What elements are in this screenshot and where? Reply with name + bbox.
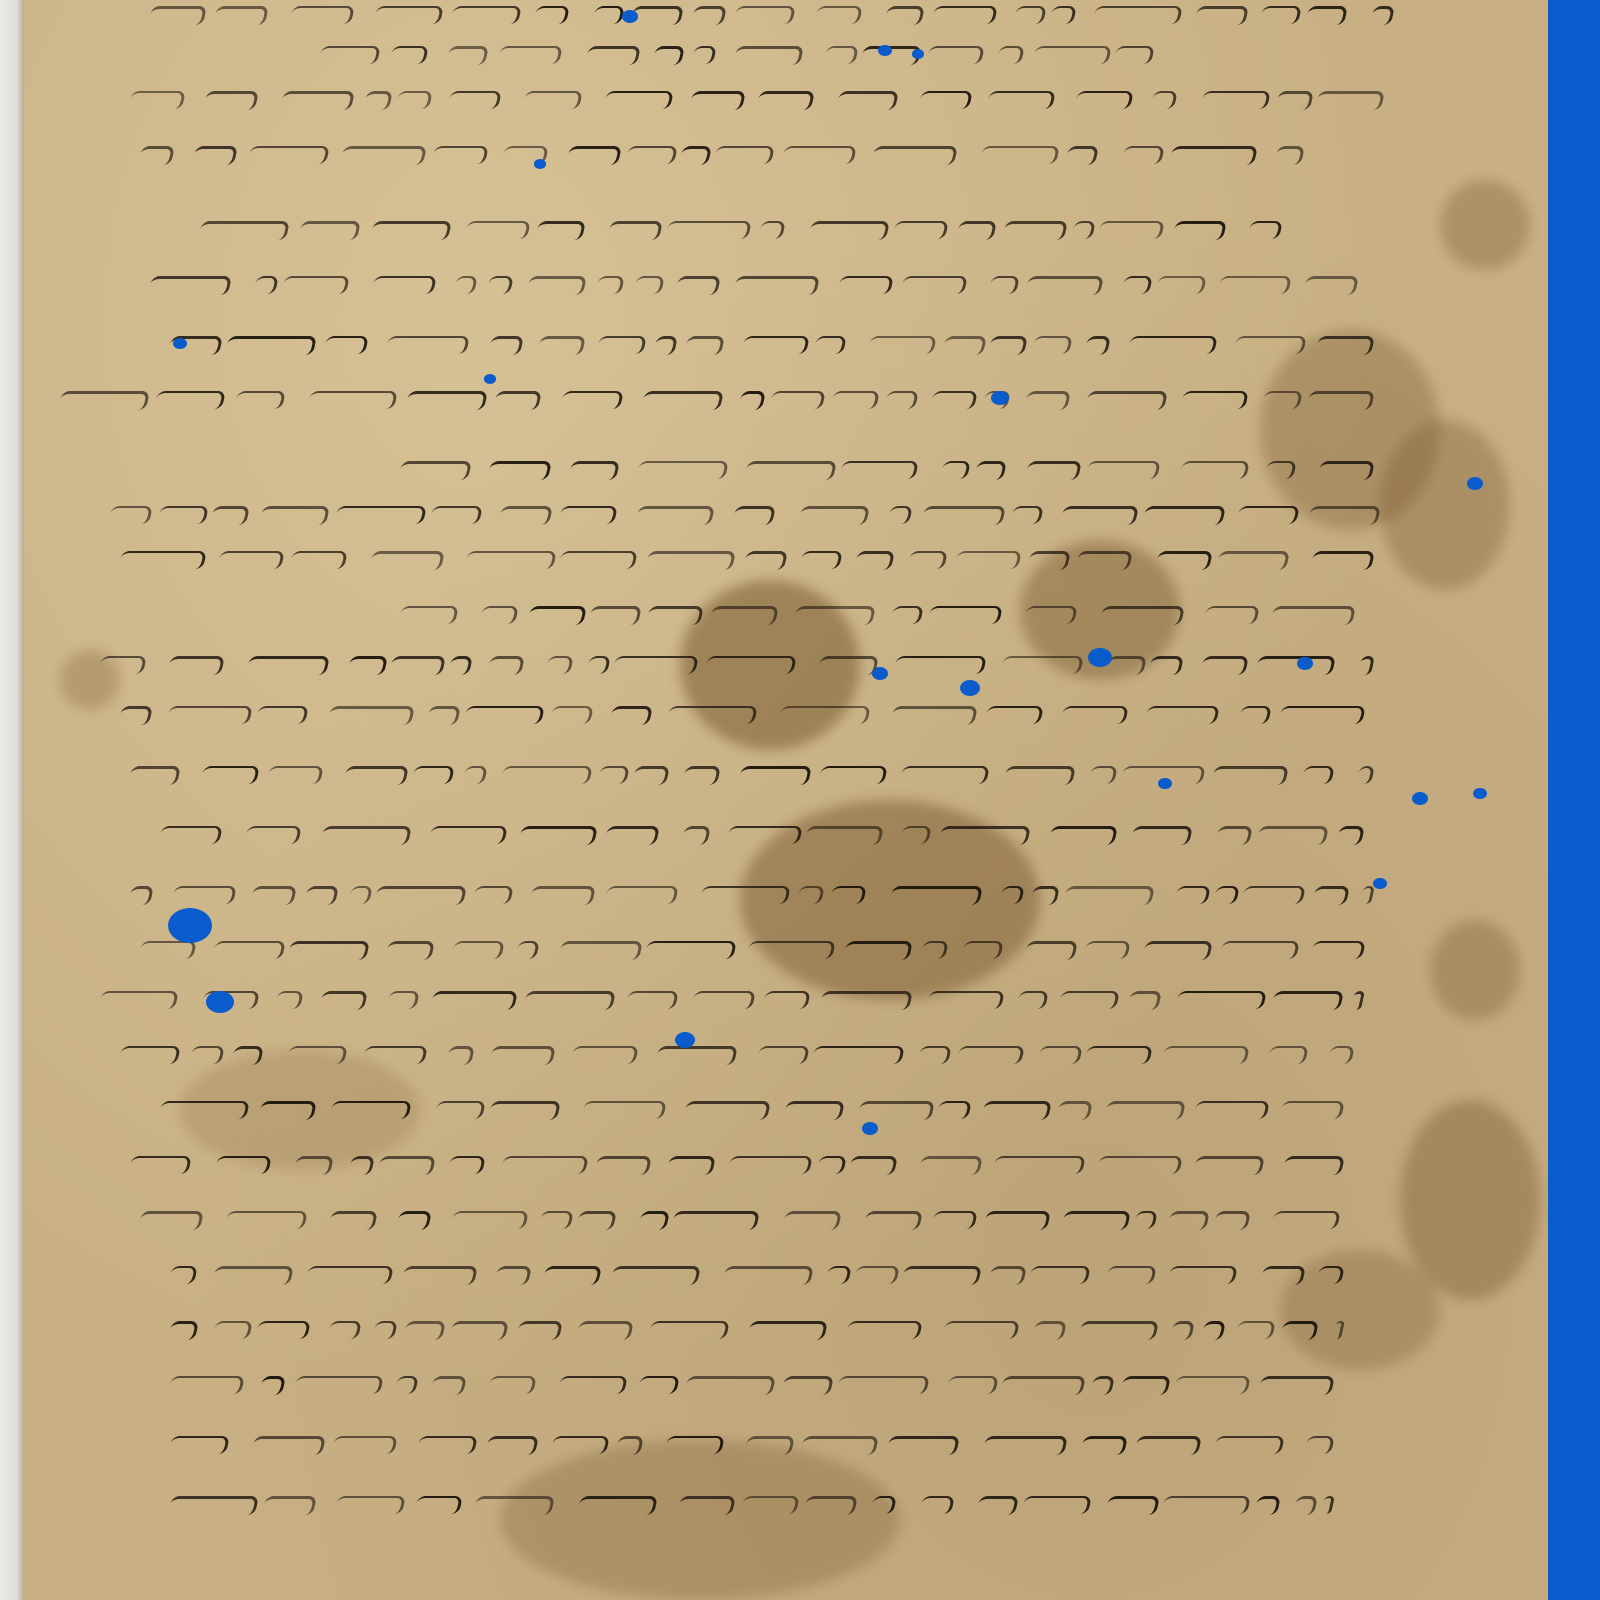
ink-word (592, 6, 625, 24)
ink-word (200, 766, 260, 784)
ink-word (758, 221, 786, 239)
ink-word (1155, 551, 1213, 570)
ink-word (395, 91, 433, 109)
ink-word (518, 826, 598, 845)
ink-word (961, 941, 1004, 959)
ink-word (1303, 276, 1359, 295)
ink-word (450, 6, 522, 24)
ink-word (128, 91, 186, 109)
ink-word (983, 1211, 1051, 1230)
ink-word (818, 766, 888, 784)
ink-word (919, 1496, 955, 1514)
ink-word (747, 1321, 828, 1340)
ink-word (289, 6, 355, 24)
ink-word (746, 941, 836, 959)
ink-word (1056, 1101, 1093, 1120)
ink-word (741, 336, 810, 354)
ink-word (839, 461, 919, 479)
ink-word (1021, 1496, 1092, 1514)
ink-word (954, 551, 1022, 569)
ink-word (213, 6, 269, 25)
ink-word (522, 91, 583, 109)
blue-ink-speck (168, 908, 212, 943)
blue-ink-speck (1158, 778, 1172, 789)
ink-word (886, 1436, 960, 1455)
ink-word (1084, 336, 1111, 355)
ink-word (343, 766, 409, 785)
ink-word (416, 1436, 478, 1454)
ink-word (1058, 991, 1120, 1009)
ink-word (974, 461, 1007, 480)
ink-word (168, 1266, 198, 1284)
ink-word (1175, 991, 1267, 1009)
ink-word (488, 336, 524, 355)
ink-word (854, 551, 895, 570)
ink-word (632, 766, 670, 785)
ink-word (1271, 1211, 1341, 1229)
ink-word (1130, 826, 1193, 845)
ink-word (1099, 606, 1185, 625)
ink-word (814, 6, 863, 24)
ink-word (128, 1156, 192, 1174)
ink-word (671, 1211, 760, 1230)
ink-word (473, 1496, 555, 1515)
ink-word (157, 506, 209, 524)
handwritten-line (150, 0, 1390, 26)
ink-word (1310, 941, 1366, 959)
ink-word (148, 276, 232, 295)
ink-word (907, 551, 948, 569)
ink-word (1327, 1046, 1355, 1064)
ink-word (1144, 706, 1220, 724)
ink-word (920, 941, 949, 959)
ink-word (984, 706, 1044, 724)
ink-word (595, 276, 625, 294)
ink-word (192, 146, 238, 165)
ink-word (733, 276, 820, 295)
ink-word (493, 391, 542, 410)
ink-word (398, 606, 459, 624)
ink-word (1200, 656, 1249, 675)
handwritten-line (170, 1315, 1340, 1341)
blue-ink-speck (1412, 792, 1428, 805)
ink-word (1150, 91, 1178, 109)
ink-word (1215, 826, 1253, 845)
ink-word (1261, 391, 1303, 409)
ink-word (451, 941, 505, 959)
ink-word (577, 1496, 658, 1515)
ink-word (527, 606, 587, 625)
ink-word (566, 146, 622, 165)
ink-word (1121, 276, 1153, 294)
ink-word (231, 1046, 264, 1065)
ink-word (448, 656, 473, 675)
ink-word (401, 1266, 478, 1285)
ink-word (1000, 656, 1084, 674)
ink-word (1358, 656, 1375, 675)
ink-word (1104, 1101, 1186, 1120)
ink-word (918, 1156, 983, 1175)
ink-word (691, 46, 717, 64)
handwritten-line (200, 215, 1300, 241)
ink-word (138, 1211, 204, 1230)
handwritten-line (150, 270, 1360, 296)
ink-word (168, 1321, 199, 1340)
ink-word (1360, 886, 1375, 904)
ink-word (1370, 6, 1395, 25)
ink-word (645, 551, 736, 570)
ink-word (348, 1156, 375, 1175)
ink-word (158, 826, 223, 844)
ink-word (1092, 6, 1183, 24)
ink-word (1213, 1211, 1251, 1230)
ink-word (992, 1156, 1086, 1174)
handwritten-line (170, 1490, 1330, 1516)
ink-word (829, 886, 867, 904)
ink-word (331, 1436, 398, 1454)
ink-word (1312, 886, 1350, 905)
ink-word (128, 766, 181, 785)
ink-word (816, 1156, 847, 1174)
ink-word (1000, 1376, 1086, 1395)
ink-word (956, 221, 997, 240)
ink-word (266, 766, 324, 784)
ink-word (638, 1211, 670, 1230)
ink-word (845, 1321, 923, 1339)
ink-word (386, 991, 420, 1009)
ink-word (168, 1436, 230, 1454)
ink-word (431, 146, 489, 164)
ink-word (538, 1211, 574, 1229)
ink-word (479, 606, 519, 624)
ink-word (247, 146, 330, 164)
ink-word (853, 1266, 900, 1284)
ink-word (1194, 6, 1249, 25)
ink-word (781, 146, 857, 164)
ink-word (1013, 6, 1047, 24)
ink-word (447, 1156, 486, 1174)
ink-word (1170, 1321, 1195, 1340)
ink-word (769, 391, 826, 409)
ink-word (1071, 221, 1096, 239)
ink-word (429, 506, 483, 524)
ink-word (1304, 1436, 1335, 1454)
ink-word (956, 1046, 1025, 1064)
ink-word (675, 276, 721, 295)
ink-word (1310, 551, 1375, 570)
ink-word (545, 656, 574, 674)
ink-word (1002, 221, 1068, 240)
handwritten-line (170, 1260, 1340, 1286)
ink-word (1235, 1321, 1276, 1339)
ink-word (369, 551, 445, 570)
ink-word (682, 766, 721, 785)
ink-word (166, 706, 253, 724)
ink-word (1161, 1496, 1251, 1514)
ink-word (1080, 1436, 1128, 1455)
ink-word (189, 1046, 225, 1064)
ink-word (329, 1101, 412, 1119)
handwritten-line (400, 455, 1370, 481)
ink-word (1173, 1376, 1251, 1394)
ink-word (576, 1211, 617, 1230)
water-stain (500, 1440, 900, 1600)
ink-word (168, 1496, 259, 1515)
ink-word (604, 886, 679, 904)
ink-word (262, 1496, 317, 1515)
ink-word (793, 606, 876, 625)
ink-word (1097, 221, 1165, 239)
handwritten-line (170, 330, 1370, 356)
handwritten-line (320, 40, 1150, 66)
ink-word (398, 461, 472, 480)
ink-word (1259, 6, 1302, 24)
ink-word (370, 221, 452, 240)
ink-word (930, 391, 978, 409)
ink-word (625, 146, 678, 164)
ink-word (1024, 941, 1078, 960)
ink-word (836, 1376, 930, 1394)
ink-word (281, 276, 350, 294)
ink-word (664, 1436, 725, 1454)
ink-word (405, 391, 488, 410)
ink-word (867, 336, 937, 354)
ink-word (167, 656, 225, 675)
ink-word (488, 1101, 561, 1120)
ink-word (1010, 506, 1044, 524)
ink-word (823, 46, 859, 64)
ink-word (1193, 1156, 1265, 1175)
ink-word (744, 1436, 795, 1455)
ink-word (588, 606, 642, 625)
ink-word (489, 1046, 556, 1065)
ink-word (385, 336, 470, 354)
ink-word (665, 221, 752, 239)
ink-word (377, 1156, 436, 1175)
handwritten-line (110, 500, 1380, 526)
ink-word (1260, 1266, 1306, 1285)
ink-word (1275, 91, 1314, 110)
blue-ink-speck (912, 49, 924, 59)
ink-word (1233, 336, 1307, 354)
ink-word (901, 1266, 982, 1285)
ink-word (373, 6, 444, 24)
ink-word (830, 391, 880, 409)
ink-word (931, 1211, 978, 1229)
ink-word (259, 506, 330, 525)
ink-word (449, 1321, 509, 1340)
ink-word (462, 766, 488, 784)
ink-word (871, 146, 958, 165)
ink-word (434, 1101, 486, 1119)
ink-word (1280, 1321, 1319, 1340)
ink-word (1030, 886, 1060, 905)
ink-word (976, 1496, 1019, 1515)
ink-word (428, 826, 508, 844)
blue-ink-speck (1088, 648, 1112, 667)
ink-word (1255, 656, 1336, 675)
ink-word (699, 886, 791, 904)
water-stain (1380, 420, 1510, 590)
ink-word (430, 1376, 467, 1395)
manuscript-photo (0, 0, 1600, 1600)
ink-word (646, 606, 704, 625)
ink-word (347, 656, 388, 675)
ink-word (250, 886, 297, 905)
ink-word (560, 391, 624, 409)
ink-word (168, 1376, 245, 1394)
handwritten-line (130, 880, 1370, 906)
ink-word (946, 1376, 999, 1394)
ink-word (225, 336, 317, 355)
ink-word (389, 656, 446, 675)
ink-word (799, 551, 843, 569)
ink-word (892, 221, 949, 239)
ink-word (1078, 1321, 1159, 1340)
ink-word (1027, 551, 1071, 570)
ink-word (1048, 826, 1118, 845)
ink-word (1105, 1266, 1157, 1284)
ink-word (446, 1046, 475, 1065)
ink-word (1134, 1436, 1202, 1455)
ink-word (857, 1101, 935, 1120)
ink-word (1201, 1321, 1226, 1340)
ink-word (210, 506, 250, 525)
ink-word (515, 941, 540, 959)
ink-word (224, 1211, 308, 1229)
ink-word (1336, 826, 1365, 845)
ink-word (1113, 46, 1155, 64)
ink-word (568, 461, 620, 480)
ink-word (1238, 706, 1272, 724)
ink-word (108, 506, 153, 524)
ink-word (926, 991, 1005, 1009)
ink-word (558, 551, 638, 569)
ink-word (118, 551, 207, 569)
ink-word (1301, 766, 1335, 784)
ink-word (446, 46, 489, 65)
ink-word (609, 706, 653, 725)
ink-word (612, 656, 699, 674)
ink-word (899, 826, 932, 844)
ink-word (1241, 886, 1306, 904)
ink-word (988, 276, 1020, 294)
ink-word (981, 1101, 1052, 1120)
ink-word (1148, 656, 1184, 675)
ink-word (414, 1496, 463, 1514)
ink-word (604, 826, 660, 845)
ink-word (328, 1211, 378, 1230)
ink-word (1090, 1376, 1115, 1395)
ink-word (1264, 461, 1297, 479)
ink-word (251, 1436, 326, 1455)
ink-word (1065, 146, 1099, 165)
ink-word (1088, 766, 1118, 784)
ink-word (999, 886, 1025, 904)
ink-word (684, 1376, 776, 1395)
ink-word (691, 991, 756, 1009)
handwritten-line (160, 820, 1370, 846)
ink-word (1271, 991, 1344, 1010)
ink-word (1278, 706, 1366, 724)
ink-word (679, 146, 712, 165)
ink-word (1172, 221, 1227, 240)
ink-word (738, 391, 766, 410)
ink-word (644, 941, 737, 959)
ink-word (931, 6, 998, 24)
ink-word (1016, 991, 1049, 1009)
ink-word (576, 1321, 634, 1340)
ink-word (982, 1436, 1068, 1455)
ink-word (148, 6, 207, 25)
blue-ink-speck (1297, 657, 1313, 670)
blue-ink-speck (872, 667, 888, 680)
ink-word (1031, 336, 1073, 354)
ink-word (1142, 941, 1213, 960)
ink-word (884, 391, 919, 409)
ink-word (348, 886, 373, 904)
ink-word (1274, 146, 1305, 165)
ink-word (1180, 391, 1249, 409)
handwritten-line (170, 1430, 1330, 1456)
ink-word (403, 1321, 446, 1340)
ink-word (1032, 1321, 1067, 1340)
ink-word (783, 1101, 845, 1120)
ink-word (1213, 1436, 1285, 1454)
ink-word (813, 336, 847, 354)
ink-word (733, 46, 804, 65)
ink-word (713, 146, 775, 164)
water-stain (1440, 180, 1530, 270)
ink-word (808, 221, 890, 240)
ink-word (1270, 606, 1356, 625)
ink-word (385, 941, 435, 960)
ink-word (653, 336, 678, 355)
ink-word (1120, 1376, 1171, 1395)
handwritten-line (130, 85, 1380, 111)
ink-word (327, 1321, 362, 1339)
ink-word (1142, 506, 1226, 525)
parchment-page (24, 0, 1550, 1600)
ink-word (550, 1436, 610, 1454)
handwritten-line (120, 1040, 1350, 1066)
ink-word (996, 46, 1025, 64)
ink-word (372, 1321, 398, 1339)
blue-ink-speck (534, 159, 546, 169)
ink-word (740, 1496, 800, 1514)
ink-word (396, 1211, 432, 1230)
ink-word (1193, 1101, 1270, 1119)
ink-word (497, 46, 563, 64)
ink-word (533, 6, 570, 24)
ink-word (389, 46, 429, 64)
ink-word (1258, 1376, 1335, 1395)
ink-word (217, 551, 285, 569)
ink-word (637, 1376, 680, 1394)
ink-word (340, 146, 427, 165)
ink-word (781, 1376, 834, 1395)
ink-word (887, 506, 913, 524)
ink-word (1023, 606, 1078, 624)
ink-word (1282, 1156, 1345, 1175)
ink-word (940, 461, 971, 479)
ink-word (234, 391, 286, 409)
blue-ink-speck (484, 374, 496, 384)
ink-word (704, 656, 797, 674)
ink-word (689, 91, 746, 110)
ink-word (603, 91, 674, 109)
ink-word (486, 276, 514, 294)
